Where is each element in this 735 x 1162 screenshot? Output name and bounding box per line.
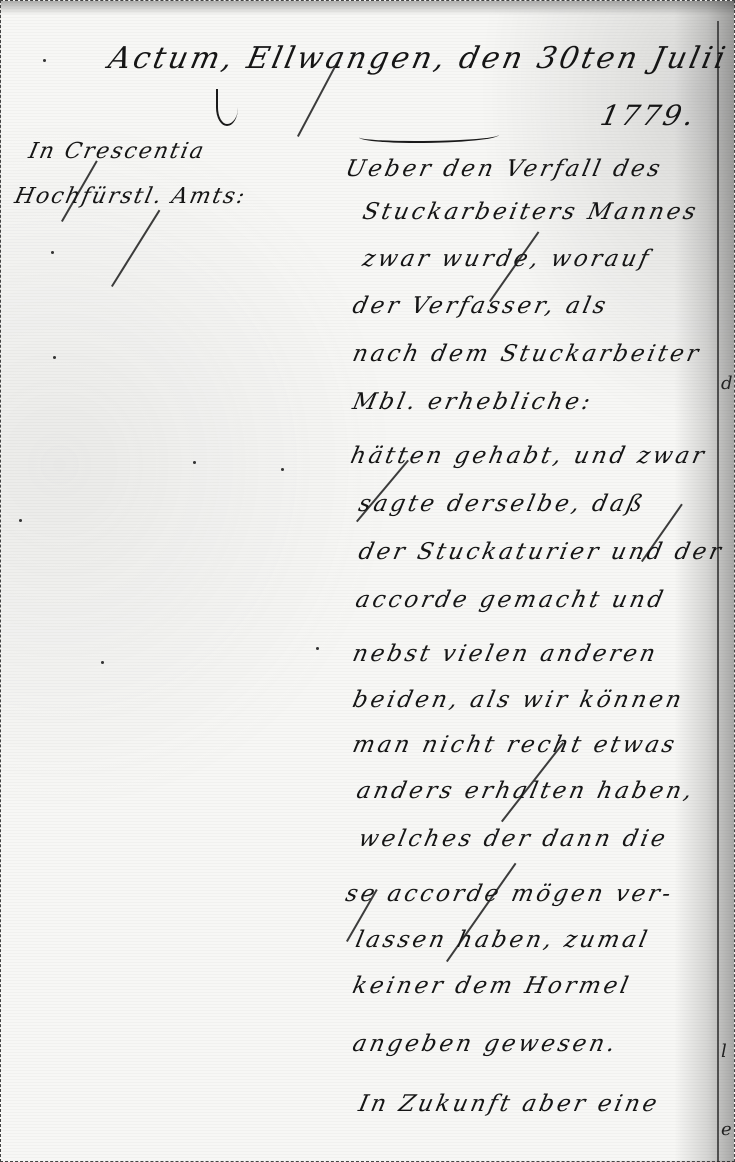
ink-speck: [193, 461, 196, 464]
body-line-17: lassen haben, zumal: [353, 927, 652, 953]
ink-speck: [101, 661, 104, 664]
body-line-19: angeben gewesen.: [350, 1031, 620, 1057]
body-line-13: man nicht recht etwas: [350, 732, 680, 758]
header-place-date: Actum, Ellwangen, den 30ten Julii: [105, 41, 731, 76]
ink-speck: [53, 356, 56, 359]
ink-speck: [43, 59, 46, 62]
margin-note-line-2: Hochfürstl. Amts:: [12, 184, 249, 209]
manuscript-page: Actum, Ellwangen, den 30ten Julii 1779. …: [0, 0, 735, 1162]
facing-page-letter: d: [721, 373, 733, 394]
body-line-5: nach dem Stuckarbeiter: [350, 341, 703, 367]
binding-gutter-shadow: [674, 1, 734, 1162]
header-flourish: [359, 129, 499, 143]
margin-note-line-1: In Crescentia: [26, 139, 207, 164]
ink-speck: [51, 251, 54, 254]
body-line-16: se accorde mögen ver-: [343, 881, 676, 907]
facing-page-letter: e: [721, 1119, 732, 1140]
header-g-descender: [216, 89, 238, 126]
body-line-12: beiden, als wir können: [350, 687, 686, 713]
body-line-3: zwar wurde, worauf: [360, 246, 653, 272]
body-line-4: der Verfasser, als: [350, 293, 611, 319]
page-top-edge-shadow: [1, 1, 735, 15]
body-line-8: sagte derselbe, daß: [356, 491, 648, 517]
body-line-15: welches der dann die: [356, 826, 670, 852]
body-line-11: nebst vielen anderen: [350, 641, 660, 667]
body-line-2: Stuckarbeiters Mannes: [360, 199, 701, 225]
ink-speck: [281, 468, 284, 471]
header-year: 1779.: [597, 99, 699, 132]
body-line-20: In Zukunft aber eine: [356, 1091, 662, 1117]
body-line-6: Mbl. erhebliche:: [350, 389, 595, 415]
body-line-1: Ueber den Verfall des: [343, 156, 665, 182]
ink-speck: [19, 519, 22, 522]
body-line-9: der Stuckaturier und der: [356, 539, 726, 565]
body-line-10: accorde gemacht und: [353, 587, 668, 613]
ink-stroke: [111, 210, 160, 287]
facing-page-letter: l: [721, 1041, 727, 1062]
ink-speck: [316, 647, 319, 650]
body-line-18: keiner dem Hormel: [350, 973, 633, 999]
binding-edge-line: [717, 21, 719, 1162]
